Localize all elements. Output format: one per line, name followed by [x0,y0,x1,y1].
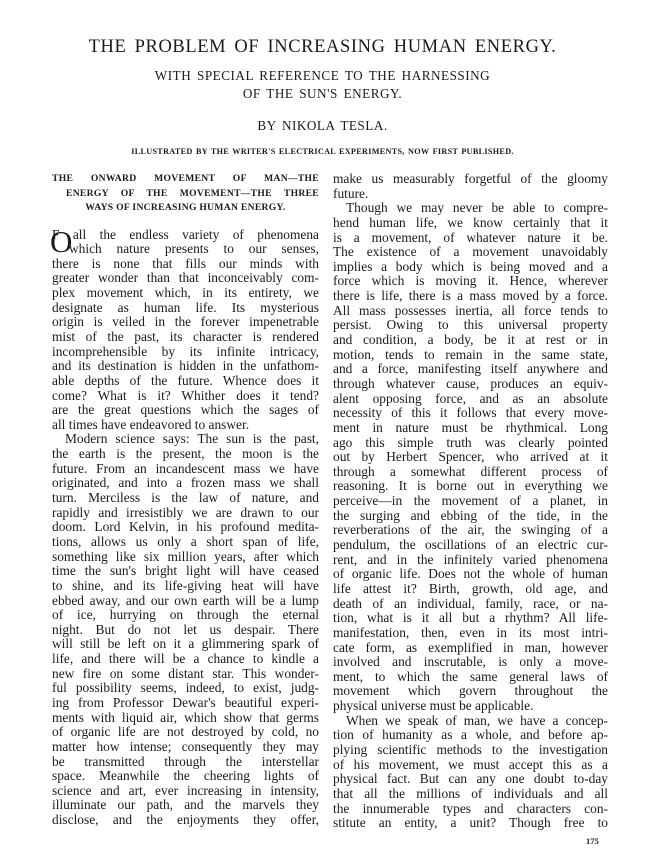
text-line: reverberations of the air, the swinging … [333,523,608,538]
text-line: hend human life, we know certainly that … [333,216,608,231]
text-line: turn. Merciless is the law of nature, an… [52,491,319,506]
drop-cap: O [50,227,72,257]
text-line: the innumerable types and characters con… [333,802,608,817]
text-line: rapidly and irresistibly we are drawn to… [52,506,319,521]
text-line: Modern science says: The sun is the past… [52,432,319,447]
text-line: night. But do not let us despair. There [52,623,319,638]
text-line: be transmitted through the interstellar [52,755,319,770]
text-line: originated, and into a frozen mass we sh… [52,476,319,491]
text-line: through a somewhat different process of [333,465,608,480]
text-line: the surging and ebbing of the tide, in t… [333,509,608,524]
text-line: reasoning. It is borne out in everything… [333,479,608,494]
text-line: matter how intense; consequently they ma… [52,740,319,755]
text-line: is a movement, of whatever nature it be. [333,231,608,246]
text-line: persist. Owing to this universal propert… [333,318,608,333]
paragraph-4: When we speak of man, we have a concep- … [333,714,608,831]
subtitle-line: WITH SPECIAL REFERENCE TO THE HARNESSING [0,67,645,85]
text-line: something like six million years, after … [52,550,319,565]
text-line: of organic life. Does not the whole of h… [333,567,608,582]
text-line: ments with liquid air, which show that g… [52,711,319,726]
text-line: of organic life are not destroyed by col… [52,725,319,740]
text-line: F all the endless variety of phenomena [52,228,319,243]
text-line: ago this simple truth was clearly pointe… [333,436,608,451]
text-line: plying scientific methods to the investi… [333,743,608,758]
left-column: THE ONWARD MOVEMENT OF MAN—THE ENERGY OF… [52,172,319,828]
text-line: are the great questions which the sages … [52,403,319,418]
text-line: force which is moving it. Hence, whereve… [333,274,608,289]
text-line: pendulum, the oscillations of an electri… [333,538,608,553]
article-subtitle: WITH SPECIAL REFERENCE TO THE HARNESSING… [0,67,645,103]
text-line: plex movement which, in its entirety, we [52,286,319,301]
page-number: 175 [586,836,599,846]
text-line: death of an individual, family, race, or… [333,597,608,612]
text-line: come? What is it? Whither does it tend? [52,389,319,404]
text-line: illuminate our path, and the marvels the… [52,798,319,813]
text-line: ebbed away, and our own earth will be a … [52,594,319,609]
section-heading-line: THE ONWARD MOVEMENT OF MAN—THE [52,172,319,187]
paragraph-2: Modern science says: The sun is the past… [52,432,319,827]
text-line: tions, allows us only a short span of li… [52,535,319,550]
text-line: and condition, a body, be it at rest or … [333,333,608,348]
text-line: and a force, manifesting itself anywhere… [333,362,608,377]
text-line: future. [333,187,608,202]
text-line: there is life, there is a mass moved by … [333,289,608,304]
text-line: physical fact. But can any one doubt to-… [333,772,608,787]
paragraph-2-continued: make us measurably forgetful of the gloo… [333,172,608,201]
text-line: cate form, as exemplified in man, howeve… [333,641,608,656]
text-line: of his movement, we must accept this as … [333,758,608,773]
text-line: tion, what is it all but a rhythm? All l… [333,611,608,626]
text-line: doom. Lord Kelvin, in his profound medit… [52,520,319,535]
text-line: manifestation, then, even in its most in… [333,626,608,641]
text-line: motion, tends to remain in the same stat… [333,348,608,363]
text-line: physical universe must be applicable. [333,699,608,714]
text-line: Though we may never be able to compre- [333,201,608,216]
right-column: make us measurably forgetful of the gloo… [333,172,608,831]
text-line: movement which govern throughout the [333,684,608,699]
text-line: able depths of the future. Whence does i… [52,374,319,389]
author-byline: BY NIKOLA TESLA. [0,118,645,134]
text-line: designate as human life. Its mysterious [52,301,319,316]
text-line: All mass possesses inertia, all force te… [333,304,608,319]
text-line: origin is veiled in the forever impenetr… [52,315,319,330]
text-line: of ice, hurrying on through the eternal [52,608,319,623]
text-line: perceive—in the movement of a planet, in [333,494,608,509]
text-line: ful possibility seems, indeed, to exist,… [52,681,319,696]
text-line: life, and there will be a chance to kind… [52,652,319,667]
subtitle-line: OF THE SUN'S ENERGY. [0,85,645,103]
text-line: future. From an incandescent mass we hav… [52,462,319,477]
document-page: THE PROBLEM OF INCREASING HUMAN ENERGY. … [0,0,645,866]
text-line: incomprehensible by its infinite intrica… [52,345,319,360]
text-line: will still be left on it a glimmering sp… [52,637,319,652]
text-line: tion of humanity as a whole, and before … [333,728,608,743]
text-line: the earth is the present, the moon is th… [52,447,319,462]
illustration-note: ILLUSTRATED BY THE WRITER'S ELECTRICAL E… [0,147,645,156]
text-line: all times have endeavored to answer. [52,418,319,433]
paragraph-3: Though we may never be able to compre- h… [333,201,608,713]
text-line: alent opposing force, and as an absolute [333,392,608,407]
text-line: new fire on some distant star. This wond… [52,667,319,682]
paragraph-1: O F all the endless variety of phenomena… [52,228,319,433]
text-line: stitute an entity, a unit? Though free t… [333,816,608,831]
text-line: time the sun's bright light will have ce… [52,564,319,579]
text-line: involved and inscrutable, is only a move… [333,655,608,670]
text-line: implies a body which is being moved and … [333,260,608,275]
text-line: ment, to which the same general laws of [333,670,608,685]
article-title: THE PROBLEM OF INCREASING HUMAN ENERGY. [0,37,645,58]
text-line: through whatever cause, produces an equi… [333,377,608,392]
text-line: there is none that fills our minds with [52,257,319,272]
text-line: out by Herbert Spencer, who arrived at i… [333,450,608,465]
text-line: and its destination is hidden in the unf… [52,359,319,374]
text-line: greater wonder than that inconceivably c… [52,271,319,286]
text-line: ment in nature must be rhythmical. Long [333,421,608,436]
text-line: to shine, and its life-giving heat will … [52,579,319,594]
text-line: The existence of a movement unavoidably [333,245,608,260]
text-line: ing from Professor Dewar's beautiful exp… [52,696,319,711]
text-line: make us measurably forgetful of the gloo… [333,172,608,187]
section-heading-line: ENERGY OF THE MOVEMENT—THE THREE [52,187,319,202]
text-line: mist of the past, its character is rende… [52,330,319,345]
text-line: science and art, ever increasing in inte… [52,784,319,799]
text-line: space. Meanwhile the cheering lights of [52,769,319,784]
text-line: necessity of this it follows that every … [333,406,608,421]
text-line: disclose, and the enjoyments they offer, [52,813,319,828]
section-heading-line: WAYS OF INCREASING HUMAN ENERGY. [52,201,319,216]
section-heading: THE ONWARD MOVEMENT OF MAN—THE ENERGY OF… [52,172,319,216]
text-line: When we speak of man, we have a concep- [333,714,608,729]
text-line: rent, and in the infinitely varied pheno… [333,553,608,568]
text-line: life attest it? Birth, growth, old age, … [333,582,608,597]
text-line: which nature presents to our senses, [52,242,319,257]
text-line: that all the millions of individuals and… [333,787,608,802]
